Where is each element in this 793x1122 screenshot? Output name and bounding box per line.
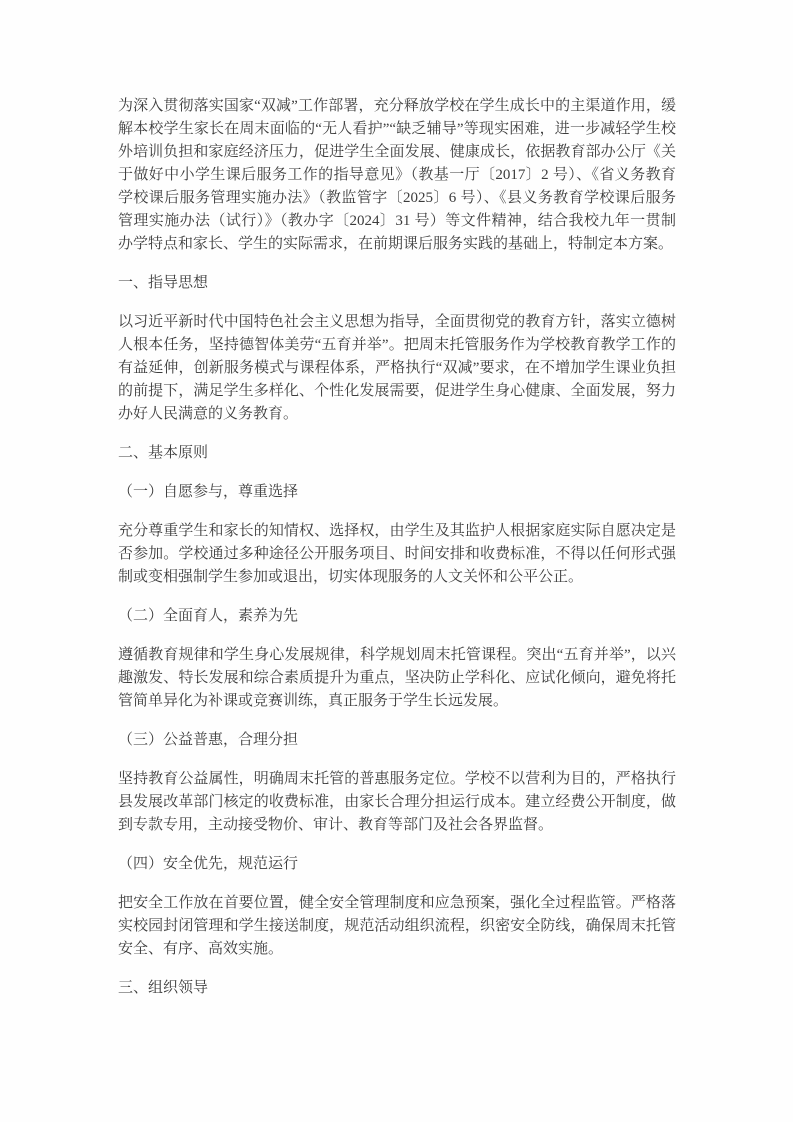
section-heading: 二、基本原则 [118,442,676,465]
body-paragraph: 坚持教育公益属性，明确周末托管的普惠服务定位。学校不以营利为目的，严格执行县发展… [118,768,676,837]
section-heading: 三、组织领导 [118,977,676,1000]
section-heading: （一）自愿参与，尊重选择 [118,481,676,504]
section-heading: （三）公益普惠，合理分担 [118,729,676,752]
section-heading: 一、指导思想 [118,272,676,295]
document-body: 为深入贯彻落实国家“双减”工作部署，充分释放学校在学生成长中的主渠道作用，缓解本… [118,95,676,1000]
body-paragraph: 充分尊重学生和家长的知情权、选择权，由学生及其监护人根据家庭实际自愿决定是否参加… [118,520,676,589]
body-paragraph: 把安全工作放在首要位置，健全安全管理制度和应急预案，强化全过程监管。严格落实校园… [118,892,676,961]
section-heading: （四）安全优先，规范运行 [118,853,676,876]
body-paragraph: 为深入贯彻落实国家“双减”工作部署，充分释放学校在学生成长中的主渠道作用，缓解本… [118,95,676,256]
body-paragraph: 遵循教育规律和学生身心发展规律，科学规划周末托管课程。突出“五育并举”，以兴趣激… [118,644,676,713]
section-heading: （二）全面育人，素养为先 [118,605,676,628]
document-page: 为深入贯彻落实国家“双减”工作部署，充分释放学校在学生成长中的主渠道作用，缓解本… [0,0,793,1122]
body-paragraph: 以习近平新时代中国特色社会主义思想为指导，全面贯彻党的教育方针，落实立德树人根本… [118,311,676,426]
